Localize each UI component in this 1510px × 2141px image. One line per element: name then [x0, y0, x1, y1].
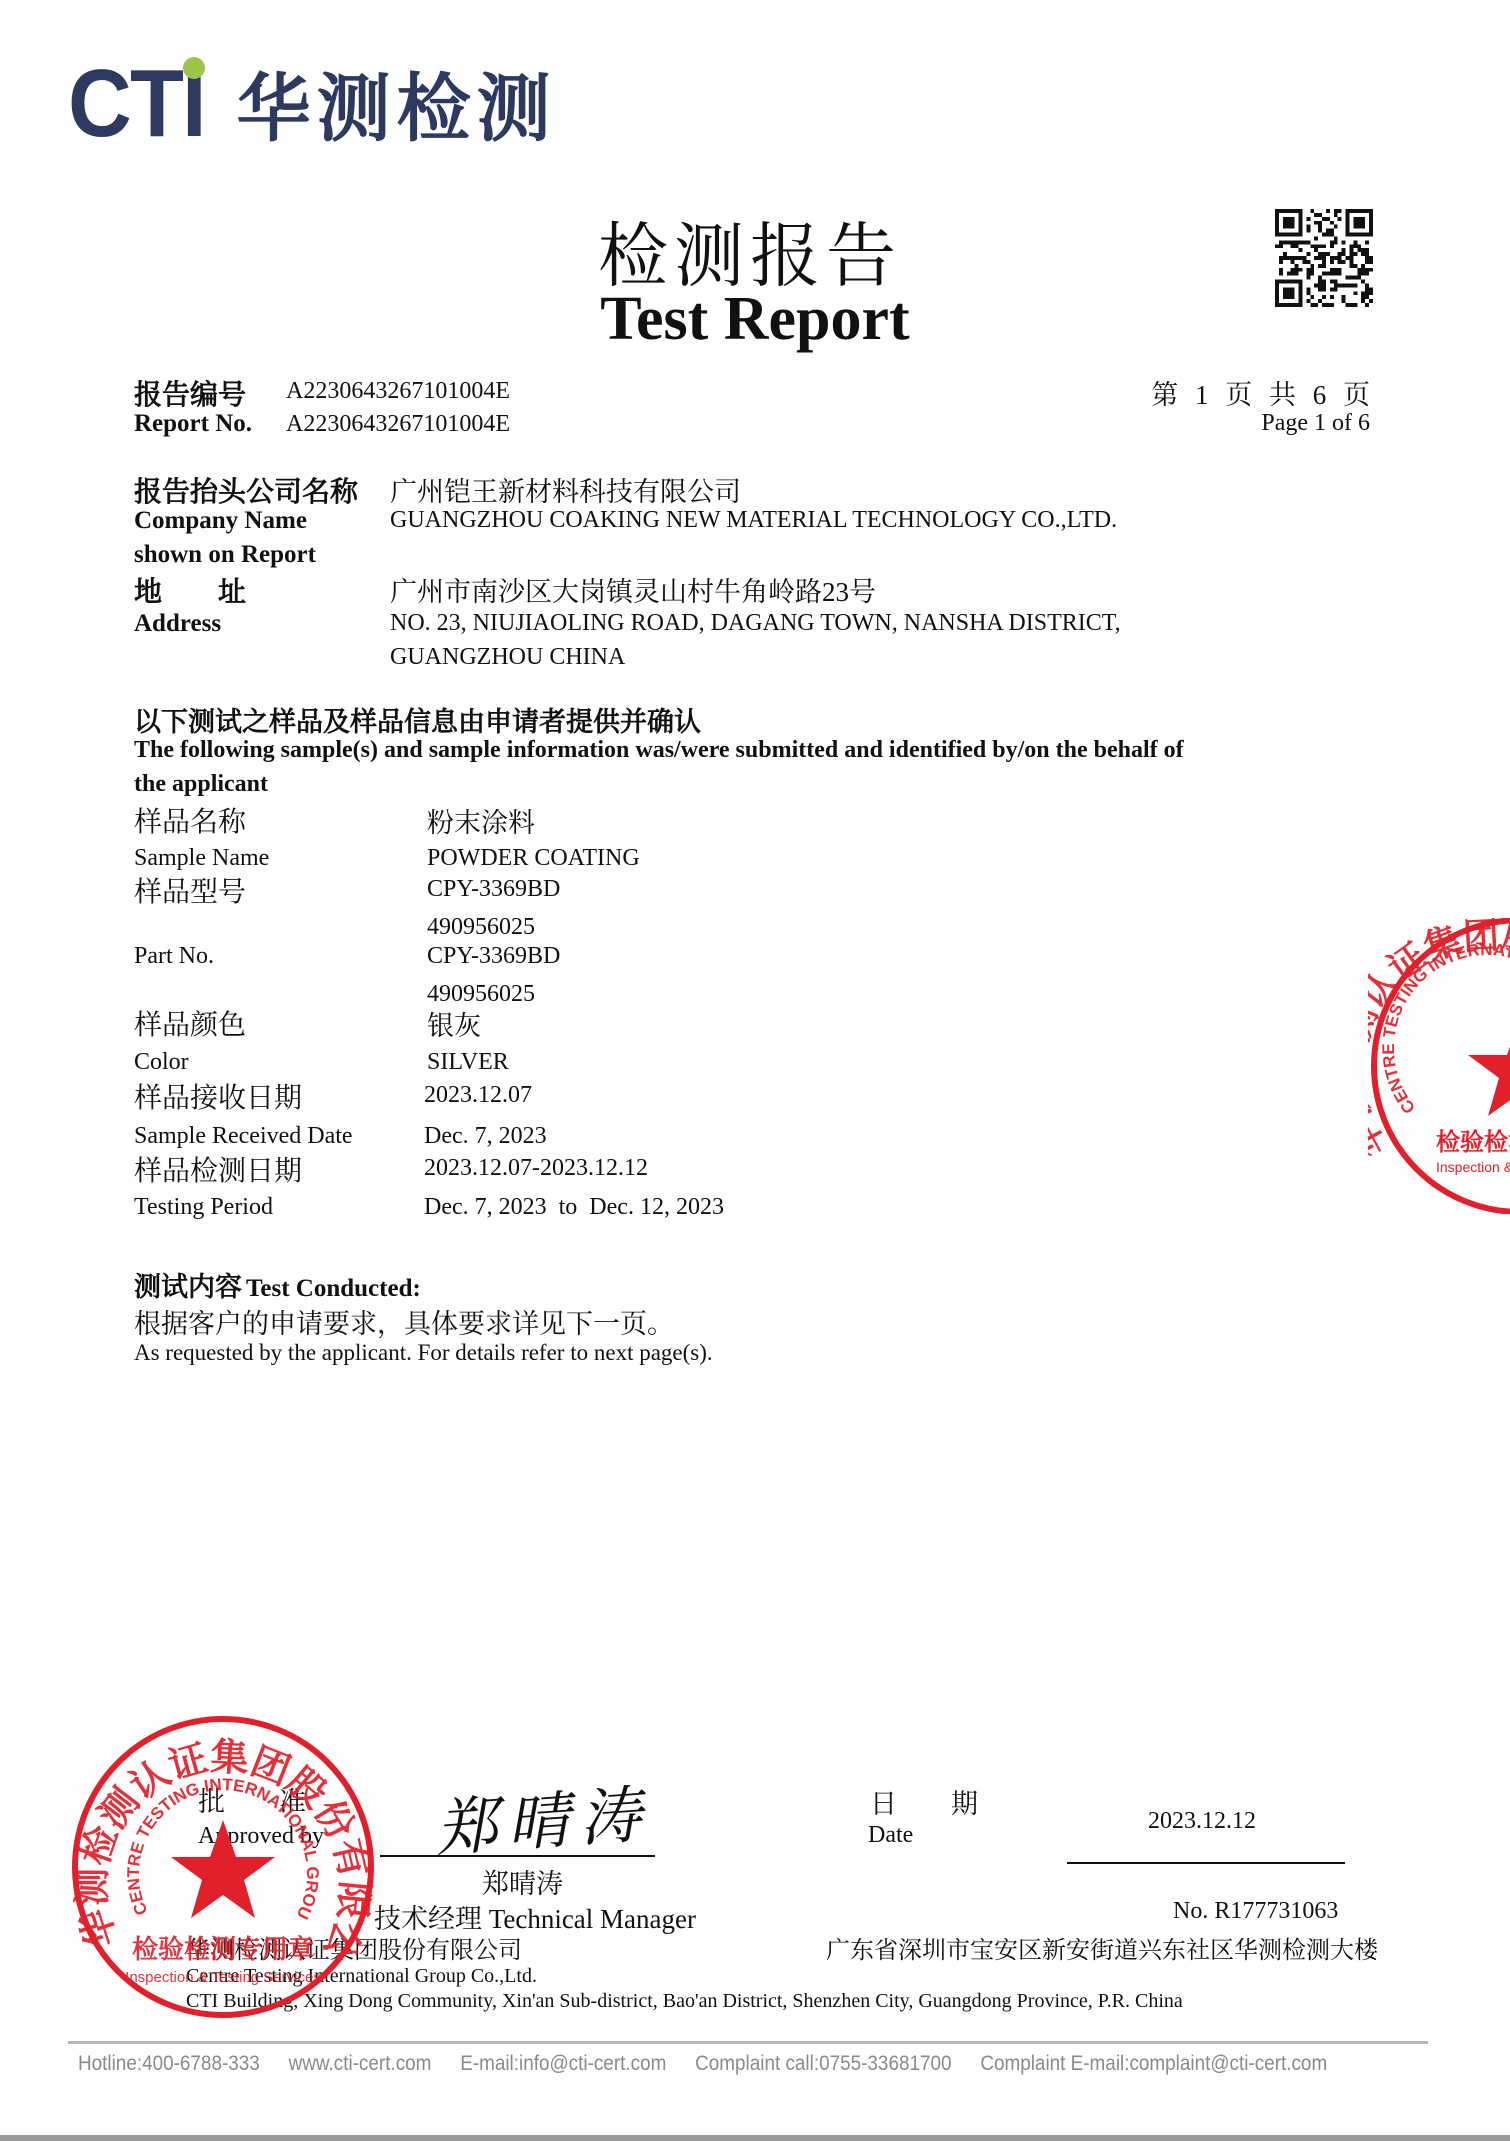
sample-field-value: POWDER COATING: [427, 845, 640, 872]
sample-field-label: Color: [134, 1049, 189, 1076]
sample-field-label: 样品检测日期: [134, 1149, 302, 1189]
company-name-en: GUANGZHOU COAKING NEW MATERIAL TECHNOLOG…: [390, 507, 1117, 534]
page-indicator-en: Page 1 of 6: [1261, 410, 1370, 437]
company-label-en-2: shown on Report: [134, 541, 316, 569]
approved-by-label-en: Approved by: [198, 1823, 324, 1850]
svg-text:Inspection & Testing Services: Inspection & Testing Services: [1436, 1159, 1510, 1175]
sample-field-value: CPY-3369BD: [427, 876, 560, 903]
company-name-cn: 广州铠王新材料科技有限公司: [390, 470, 741, 509]
page-indicator-cn: 第 1 页 共 6 页: [1151, 373, 1370, 412]
signature-image: 郑晴涛: [432, 1765, 654, 1869]
address-label-en: Address: [134, 610, 221, 638]
address-en-1: NO. 23, NIUJIAOLING ROAD, DAGANG TOWN, N…: [390, 610, 1121, 637]
company-label-en-1: Company Name: [134, 507, 307, 535]
logo-cn-text: 华测检测: [237, 72, 557, 152]
date-label-en: Date: [868, 1822, 913, 1849]
svg-text:CENTRE TESTING INTERNATIONAL G: CENTRE TESTING INTERNATIONAL GROUP CO.,L…: [1368, 918, 1510, 1117]
approver-name: 郑晴涛: [482, 1862, 563, 1901]
issuer-address-en: CTI Building, Xing Dong Community, Xin'a…: [186, 1990, 1183, 2013]
sample-field-label: 样品接收日期: [134, 1076, 302, 1116]
report-no-value-cn: A2230643267101004E: [286, 378, 510, 405]
sample-field-value: 银灰: [427, 1004, 481, 1043]
footer-contacts: Hotline:400-6788-333 www.cti-cert.com E-…: [78, 2052, 1327, 2076]
bottom-bar: [0, 2135, 1510, 2141]
date-label-cn: 日 期: [870, 1782, 978, 1821]
address-cn: 广州市南沙区大岗镇灵山村牛角岭路23号: [390, 570, 876, 609]
sample-field-value: 490956025: [427, 914, 535, 941]
sample-field-value: Dec. 7, 2023 to Dec. 12, 2023: [424, 1194, 724, 1221]
address-en-2: GUANGZHOU CHINA: [390, 644, 625, 671]
sample-intro-en-2: the applicant: [134, 771, 268, 798]
sample-field-label: 样品颜色: [134, 1003, 246, 1043]
sample-field-label: 样品型号: [134, 870, 246, 910]
footer-website-link[interactable]: www.cti-cert.com: [289, 2052, 432, 2076]
sample-intro-cn: 以下测试之样品及样品信息由申请者提供并确认: [134, 700, 701, 739]
sample-intro-en-1: The following sample(s) and sample infor…: [134, 737, 1184, 764]
test-conducted-body-cn: 根据客户的申请要求，具体要求详见下一页。: [134, 1302, 674, 1341]
company-label-cn: 报告抬头公司名称: [134, 470, 358, 510]
issuer-name-en: Centre Testing International Group Co.,L…: [186, 1965, 537, 1988]
footer-complaint-email-link[interactable]: Complaint E-mail:complaint@cti-cert.com: [980, 2052, 1327, 2076]
approved-by-label-cn: 批 准: [198, 1780, 306, 1819]
svg-text:华测检测认证集团股份有限公司: 华测检测认证集团股份有限公司: [1368, 918, 1510, 1165]
signature-line: [380, 1855, 655, 1857]
sample-field-value: Dec. 7, 2023: [424, 1123, 547, 1150]
sample-field-value: 2023.12.07: [424, 1082, 532, 1109]
footer-complaint-call: Complaint call:0755-33681700: [695, 2052, 951, 2076]
sample-field-value: CPY-3369BD: [427, 943, 560, 970]
test-conducted-heading-cn: 测试内容: [134, 1272, 242, 1302]
cti-logo: CTI 华测检测: [68, 52, 557, 152]
logo-dot-icon: [183, 57, 205, 79]
footer-hotline: Hotline:400-6788-333: [78, 2052, 260, 2076]
test-conducted-heading-en: Test Conducted:: [246, 1275, 421, 1302]
sample-field-label: Sample Received Date: [134, 1123, 353, 1150]
sample-field-label: Testing Period: [134, 1194, 273, 1221]
report-no-label-en: Report No.: [134, 410, 252, 438]
address-label-cn: 地 址: [134, 570, 246, 610]
sample-field-label: Sample Name: [134, 845, 269, 872]
test-conducted-heading: 测试内容 Test Conducted:: [134, 1265, 421, 1304]
issuer-name-cn: 华测检测认证集团股份有限公司: [186, 1930, 522, 1965]
sample-field-value: SILVER: [427, 1049, 509, 1076]
qr-code-icon: [1275, 209, 1373, 307]
sample-field-label: 样品名称: [134, 800, 246, 840]
company-seal-stamp-edge: 华测检测认证集团股份有限公司 CENTRE TESTING INTERNATIO…: [1368, 918, 1510, 1214]
title-en-text: Test Report: [600, 284, 909, 355]
test-conducted-body-en: As requested by the applicant. For detai…: [134, 1340, 713, 1366]
approval-date: 2023.12.12: [1148, 1808, 1256, 1835]
footer-email-link[interactable]: E-mail:info@cti-cert.com: [460, 2052, 666, 2076]
certificate-number: No. R177731063: [1173, 1898, 1338, 1925]
sample-field-value: 粉末涂料: [427, 801, 535, 840]
sample-field-label: Part No.: [134, 943, 214, 970]
issuer-address-cn: 广东省深圳市宝安区新安街道兴东社区华测检测大楼: [826, 1930, 1378, 1965]
footer-divider: [68, 2041, 1428, 2044]
report-no-value-en: A2230643267101004E: [286, 411, 510, 438]
report-no-label-cn: 报告编号: [134, 373, 246, 413]
date-line: [1067, 1862, 1345, 1864]
sample-field-value: 2023.12.07-2023.12.12: [424, 1155, 648, 1182]
svg-text:检验检测专用章: 检验检测专用章: [1436, 1128, 1510, 1156]
